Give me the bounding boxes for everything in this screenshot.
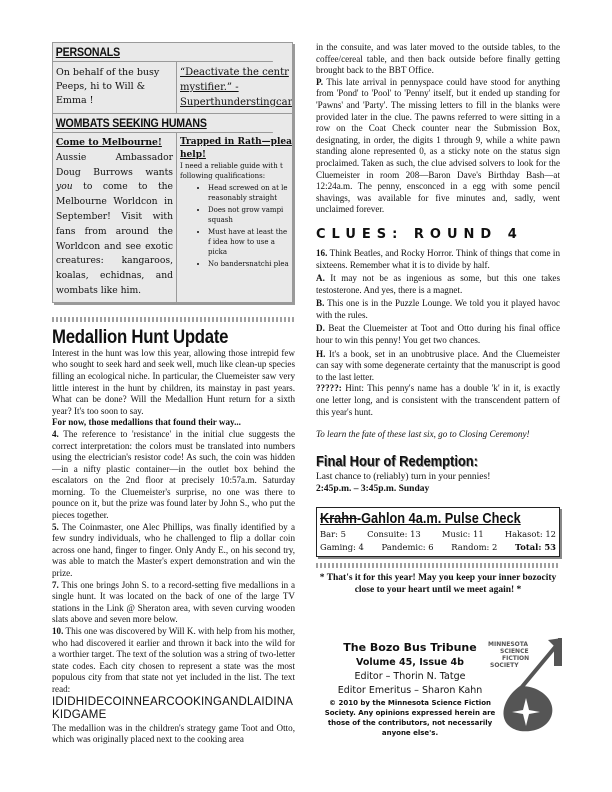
list-item: No bandersnatchi plea xyxy=(208,259,289,269)
copyright: © 2010 by the Minnesota Science Fiction … xyxy=(320,698,500,738)
pulse-check-box: Krahn-Gahlon 4a.m. Pulse Check Bar: 5 Co… xyxy=(316,507,560,557)
volume-issue: Volume 45, Issue 4b xyxy=(320,656,500,670)
melbourne-ad: Come to Melbourne! Aussie Ambassador Dou… xyxy=(53,133,177,302)
continued-text: in the consuite, and was later moved to … xyxy=(316,42,560,77)
svg-text:SCIENCE: SCIENCE xyxy=(500,648,529,655)
trapped-title: Trapped in Rath—plea help! xyxy=(180,136,292,161)
pulse-row: Bar: 5 Consuite: 13 Music: 11 Hakasot: 1… xyxy=(320,528,556,541)
pulse-check-title: Krahn-Gahlon 4a.m. Pulse Check xyxy=(320,510,528,528)
personals-box: PERSONALS On behalf of the busy Peeps, h… xyxy=(52,42,293,303)
divider xyxy=(316,563,560,568)
personals-row: On behalf of the busy Peeps, hi to Will … xyxy=(53,62,292,114)
medallion-subhead: For now, those medallions that found the… xyxy=(52,417,295,429)
svg-text:SOCIETY: SOCIETY xyxy=(490,662,519,669)
medallion-item: 5. The Coinmaster, one Alec Phillips, wa… xyxy=(52,522,295,580)
newsletter-name: The Bozo Bus Tribune xyxy=(320,640,500,656)
editor-emeritus: Editor Emeritus – Sharon Kahn xyxy=(320,684,500,698)
medallion-after-code: The medallion was in the children's stra… xyxy=(52,723,295,746)
clue-item: A. It may not be as ingenious as some, b… xyxy=(316,273,560,296)
solution-code: IDIDHIDECOINNEARCOOKINGANDLAIDINAKIDGAME xyxy=(52,696,295,723)
list-item: Does not grow vampi squash xyxy=(208,205,289,225)
medallion-title: Medallion Hunt Update xyxy=(52,326,261,348)
clue-item: H. It's a book, set in an unobtrusive pl… xyxy=(316,349,560,384)
medallion-item: 4. The reference to 'resistance' in the … xyxy=(52,429,295,522)
farewell-text: * That's it for this year! May you keep … xyxy=(316,572,560,596)
penny-p: P. This late arrival in pennyspace could… xyxy=(316,77,560,216)
final-hour-time: 2:45p.m. – 3:45p.m. Sunday xyxy=(316,483,560,495)
qualification-list: Head screwed on at le reasonably straigh… xyxy=(180,183,289,269)
personals-left-note: On behalf of the busy Peeps, hi to Will … xyxy=(53,62,177,113)
masthead: The Bozo Bus Tribune Volume 45, Issue 4b… xyxy=(320,640,500,738)
final-hour-title: Final Hour of Redemption: xyxy=(316,453,526,470)
wombats-header: WOMBATS SEEKING HUMANS xyxy=(53,114,273,133)
divider xyxy=(52,317,295,322)
left-column: PERSONALS On behalf of the busy Peeps, h… xyxy=(52,42,295,746)
svg-text:MINNESOTA: MINNESOTA xyxy=(488,641,528,648)
clue-item: D. Beat the Cluemeister at Toot and Otto… xyxy=(316,323,560,346)
minnstf-logo-icon: MINNESOTA SCIENCE FICTION SOCIETY xyxy=(486,634,566,734)
trapped-intro: I need a reliable guide with t following… xyxy=(180,161,292,181)
melbourne-title: Come to Melbourne! xyxy=(56,136,173,151)
personals-quote: “Deactivate the centr mystifier.” - Supe… xyxy=(177,62,292,113)
medallion-item: 10. This one was discovered by Will K. w… xyxy=(52,626,295,696)
right-column: in the consuite, and was later moved to … xyxy=(316,42,560,596)
list-item: Must have at least the f idea how to use… xyxy=(208,227,289,257)
clue-item: 16. Think Beatles, and Rocky Horror. Thi… xyxy=(316,248,560,271)
wombats-row: Come to Melbourne! Aussie Ambassador Dou… xyxy=(53,133,292,302)
clues-title: CLUES: ROUND 4 xyxy=(316,228,560,242)
pulse-row: Gaming: 4 Pandemic: 6 Random: 2 Total: 5… xyxy=(320,541,556,554)
clue-item: ?????: Hint: This penny's name has a dou… xyxy=(316,383,560,418)
list-item: Head screwed on at le reasonably straigh… xyxy=(208,183,289,203)
editor: Editor – Thorin N. Tatge xyxy=(320,670,500,684)
svg-text:FICTION: FICTION xyxy=(502,655,529,662)
medallion-item: 7. This one brings John S. to a record-s… xyxy=(52,580,295,626)
medallion-intro: Interest in the hunt was low this year, … xyxy=(52,348,295,418)
personals-header: PERSONALS xyxy=(53,43,273,62)
trapped-ad: Trapped in Rath—plea help! I need a reli… xyxy=(177,133,292,302)
final-hour-text: Last chance to (reliably) turn in your p… xyxy=(316,471,560,483)
clue-item: B. This one is in the Puzzle Lounge. We … xyxy=(316,298,560,321)
closing-ceremony-note: To learn the fate of these last six, go … xyxy=(316,429,560,441)
